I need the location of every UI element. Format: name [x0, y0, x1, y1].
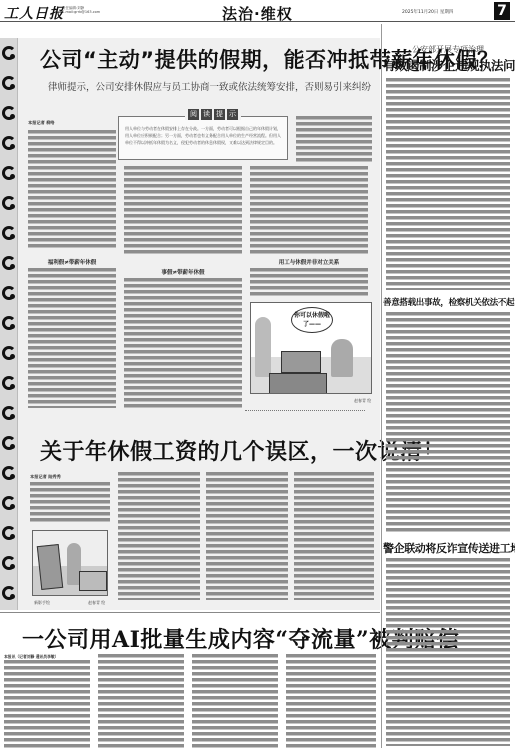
lead-subhead-3: 用工与休假并非对立关系	[250, 258, 368, 266]
page-number: 7	[494, 2, 510, 20]
reading-tip-box: 阅 读 提 示 用人单位与劳动者在休假安排上存在分歧。一方面，劳动者可以根据自己…	[118, 116, 288, 160]
spiral-ring-icon	[2, 76, 16, 90]
second-body-col-3-text	[206, 472, 288, 600]
spiral-ring-icon	[2, 226, 16, 240]
editor-email: E-mail:grrb@163.com	[62, 10, 100, 14]
spiral-ring-icon	[2, 526, 16, 540]
dotted-divider	[245, 410, 365, 411]
right-article-1-body	[386, 78, 510, 290]
spiral-ring-icon	[2, 286, 16, 300]
spiral-ring-icon	[2, 406, 16, 420]
spiral-ring-icon	[2, 586, 16, 600]
right-article-1-kicker: 公安部开展专项治理	[383, 44, 513, 55]
spiral-ring-icon	[2, 106, 16, 120]
reading-tip-char: 提	[214, 109, 225, 120]
right-article-1-headline: 有效遏制涉企违规执法问题	[383, 56, 513, 74]
lead-cartoon-illustration: 你可以休假啦了——	[250, 302, 372, 394]
third-body-col-1-text	[4, 660, 90, 748]
right-article-3-body	[386, 558, 510, 746]
lead-body-col-2b-text	[124, 278, 242, 408]
right-article-2-body	[386, 312, 510, 534]
lead-headline: 公司“主动”提供的假期，能否冲抵带薪年休假？	[40, 44, 380, 74]
spiral-ring-icon	[2, 346, 16, 360]
second-cartoon-illustration	[32, 530, 108, 596]
spiral-ring-icon	[2, 556, 16, 570]
lead-side-text	[296, 116, 372, 162]
sign-board	[37, 544, 63, 590]
masthead: 工人日报 责任编辑:刘静 E-mail:grrb@163.com 法治·维权 2…	[0, 0, 515, 22]
lead-body-col-3b-text	[250, 268, 368, 298]
section-divider	[0, 612, 380, 613]
woman-figure	[255, 317, 271, 377]
reading-tip-char: 读	[201, 109, 212, 120]
lead-byline: 本报记者 柳络	[28, 120, 55, 126]
lead-body-col-2-text	[124, 166, 242, 256]
spiral-ring-icon	[2, 196, 16, 210]
lead-body-col-1-text	[28, 130, 116, 250]
spiral-ring-icon	[2, 466, 16, 480]
second-body-col-2-text	[118, 472, 200, 600]
lead-body-col-1b-text	[28, 268, 116, 408]
section-title: 法治·维权	[222, 3, 293, 24]
right-article-2-headline: 善意搭载出事故，检察机关依法不起诉	[383, 296, 513, 308]
reading-tip-text: 用人单位与劳动者在休假安排上存在分歧。一方面，劳动者可以根据自己的年休假计划，用…	[125, 125, 281, 146]
second-byline: 本报记者 陆秀秀	[30, 474, 61, 480]
second-cartoon-credit: 赵春青 绘	[88, 600, 105, 606]
second-body-col-1-text	[30, 482, 110, 522]
right-article-3-headline: 警企联动将反诈宣传送进工地	[383, 540, 513, 556]
third-body-col-2-text	[98, 654, 184, 748]
spiral-ring-icon	[2, 436, 16, 450]
editor-info: 责任编辑:刘静 E-mail:grrb@163.com	[62, 6, 100, 14]
lead-subhead-1: 福利假≠带薪年休假	[28, 258, 116, 266]
lead-subheadline: 律师提示，公司安排休假应与员工协商一致或依法统筹安排，否则易引来纠纷	[48, 79, 371, 93]
spiral-ring-icon	[2, 496, 16, 510]
spiral-ring-icon	[2, 166, 16, 180]
desk	[269, 373, 327, 394]
desk	[79, 571, 107, 591]
third-body-col-3-text	[192, 654, 278, 748]
issue-date: 2025年11月20日 星期四	[402, 9, 453, 15]
second-headline: 关于年休假工资的几个误区，一次说清！	[40, 435, 445, 466]
third-body-col-4-text	[286, 654, 376, 748]
man-figure	[331, 339, 353, 377]
speech-bubble: 你可以休假啦了——	[291, 307, 333, 333]
second-body-col-4-text	[294, 472, 374, 600]
computer-monitor	[281, 351, 321, 373]
column-divider	[381, 24, 382, 748]
second-cartoon-caption: 新影手绘	[34, 600, 50, 606]
spiral-ring-icon	[2, 46, 16, 60]
spiral-ring-icon	[2, 136, 16, 150]
reading-tip-char: 示	[227, 109, 238, 120]
lead-subhead-2: 事假≠带薪年休假	[124, 268, 242, 276]
spiral-ring-icon	[2, 256, 16, 270]
reading-tip-char: 阅	[188, 109, 199, 120]
lead-cartoon-credit: 赵春青 绘	[354, 398, 371, 404]
lead-body-col-3-text	[250, 166, 368, 256]
spiral-ring-icon	[2, 316, 16, 330]
spiral-ring-icon	[2, 376, 16, 390]
newspaper-logo: 工人日报	[4, 3, 64, 23]
notebook-spine	[0, 38, 18, 610]
reading-tip-title: 阅 读 提 示	[185, 109, 241, 120]
